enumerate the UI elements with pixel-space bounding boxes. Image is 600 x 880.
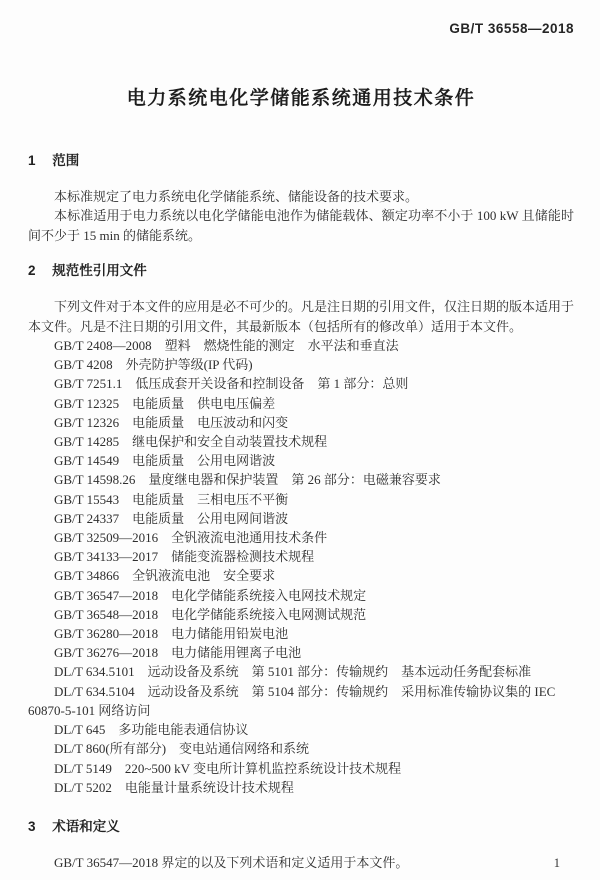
reference-item: GB/T 14285 继电保护和安全自动装置技术规程 [28,432,574,451]
terms-paragraph: GB/T 36547—2018 界定的以及下列术语和定义适用于本文件。 [28,853,574,872]
reference-item: GB/T 12325 电能质量 供电电压偏差 [28,394,574,413]
scope-paragraph: 本标准规定了电力系统电化学储能系统、储能设备的技术要求。 [28,187,574,206]
references-list: GB/T 2408—2008 塑料 燃烧性能的测定 水平法和垂直法 GB/T 4… [28,336,574,797]
reference-item: GB/T 14549 电能质量 公用电网谐波 [28,451,574,470]
terms-paragraphs: GB/T 36547—2018 界定的以及下列术语和定义适用于本文件。 [28,853,574,872]
reference-item: GB/T 4208 外壳防护等级(IP 代码) [28,355,574,374]
document-page: GB/T 36558—2018 电力系统电化学储能系统通用技术条件 1 范围 本… [0,0,600,880]
reference-item: GB/T 36280—2018 电力储能用铅炭电池 [28,624,574,643]
reference-item: GB/T 32509—2016 全钒液流电池通用技术条件 [28,528,574,547]
scope-paragraphs: 本标准规定了电力系统电化学储能系统、储能设备的技术要求。 本标准适用于电力系统以… [28,187,574,245]
reference-item: GB/T 2408—2008 塑料 燃烧性能的测定 水平法和垂直法 [28,336,574,355]
document-title: 电力系统电化学储能系统通用技术条件 [28,88,574,110]
reference-item: GB/T 14598.26 量度继电器和保护装置 第 26 部分：电磁兼容要求 [28,470,574,489]
references-block: 下列文件对于本文件的应用是必不可少的。凡是注日期的引用文件，仅注日期的版本适用于… [28,297,574,797]
section-label: 术语和定义 [52,818,120,836]
section-number: 3 [28,818,36,836]
reference-item: GB/T 7251.1 低压成套开关设备和控制设备 第 1 部分：总则 [28,374,574,393]
section-number: 1 [28,152,36,170]
reference-item: DL/T 645 多功能电能表通信协议 [28,720,574,739]
reference-item: GB/T 24337 电能质量 公用电网间谐波 [28,509,574,528]
reference-item: DL/T 634.5101 远动设备及系统 第 5101 部分：传输规约 基本远… [28,662,574,681]
reference-item: DL/T 5202 电能量计量系统设计技术规程 [28,778,574,797]
section-number: 2 [28,262,36,280]
section-heading-scope: 1 范围 [28,152,574,170]
section-label: 规范性引用文件 [52,262,147,280]
section-heading-references: 2 规范性引用文件 [28,262,574,280]
standard-number: GB/T 36558—2018 [28,20,574,38]
reference-item: GB/T 12326 电能质量 电压波动和闪变 [28,413,574,432]
reference-item: GB/T 15543 电能质量 三相电压不平衡 [28,490,574,509]
references-intro: 下列文件对于本文件的应用是必不可少的。凡是注日期的引用文件，仅注日期的版本适用于… [28,297,574,336]
reference-item: GB/T 34866 全钒液流电池 安全要求 [28,566,574,585]
reference-item: GB/T 36547—2018 电化学储能系统接入电网技术规定 [28,586,574,605]
reference-item: GB/T 34133—2017 储能变流器检测技术规程 [28,547,574,566]
section-heading-terms: 3 术语和定义 [28,818,574,836]
reference-item: GB/T 36276—2018 电力储能用锂离子电池 [28,643,574,662]
reference-item: DL/T 860(所有部分) 变电站通信网络和系统 [28,739,574,758]
page-number: 1 [554,856,560,871]
reference-item: GB/T 36548—2018 电化学储能系统接入电网测试规范 [28,605,574,624]
section-label: 范围 [52,152,79,170]
reference-item: DL/T 634.5104 远动设备及系统 第 5104 部分：传输规约 采用标… [28,682,574,720]
reference-item: DL/T 5149 220~500 kV 变电所计算机监控系统设计技术规程 [28,759,574,778]
scope-paragraph: 本标准适用于电力系统以电化学储能电池作为储能载体、额定功率不小于 100 kW … [28,206,574,245]
